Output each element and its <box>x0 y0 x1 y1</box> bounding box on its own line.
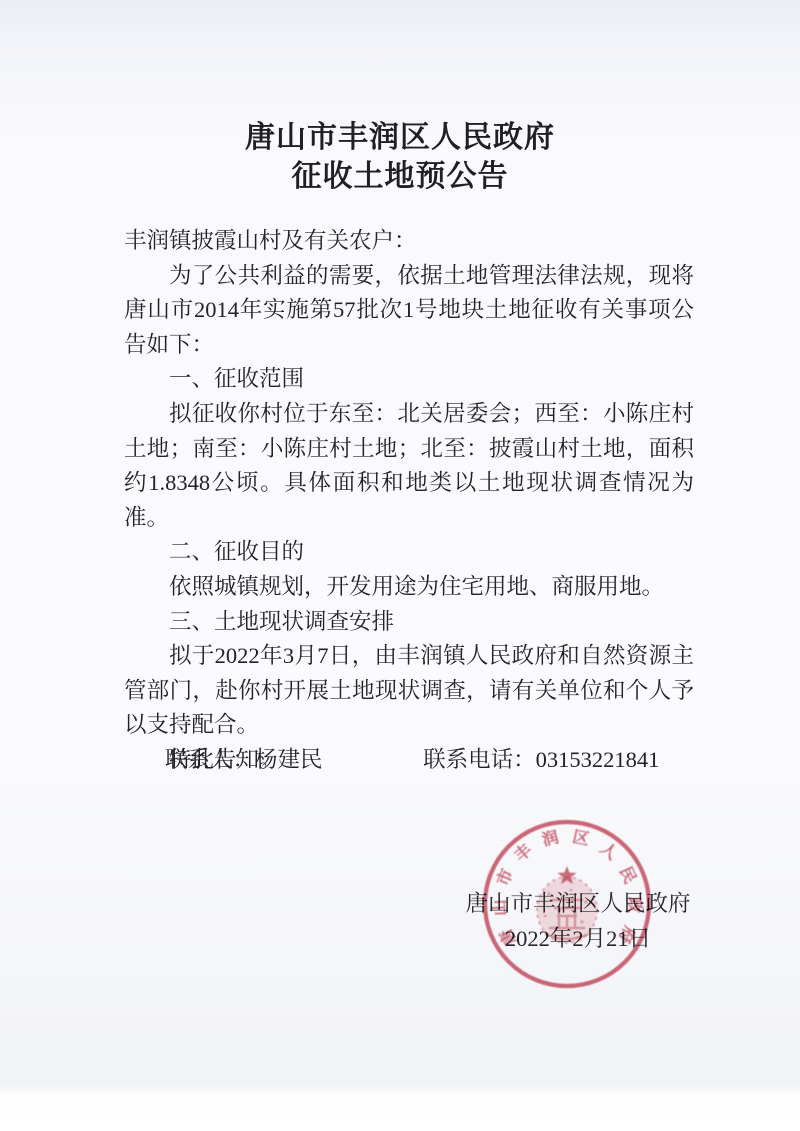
contact-phone-label: 联系电话： <box>423 747 536 772</box>
paragraph-survey: 拟于2022年3月7日，由丰润镇人民政府和自然资源主管部门，赴你村开展土地现状调… <box>124 639 694 743</box>
doc-title-line2: 征收土地预公告 <box>0 157 800 196</box>
contact-person-name: 杨建民 <box>255 747 323 772</box>
paragraph-scope: 拟征收你村位于东至：北关居委会；西至：小陈庄村土地；南至：小陈庄村土地；北至：披… <box>124 397 694 535</box>
salutation: 丰润镇披霞山村及有关农户： <box>124 224 694 259</box>
paragraph-intro: 为了公共利益的需要，依据土地管理法律法规，现将唐山市2014年实施第57批次1号… <box>124 259 694 363</box>
paragraph-purpose: 依照城镇规划，开发用途为住宅用地、商服用地。 <box>124 570 694 605</box>
contact-phone-number: 03153221841 <box>536 747 660 772</box>
doc-title-line1: 唐山市丰润区人民政府 <box>0 118 800 157</box>
section-heading-3: 三、土地现状调查安排 <box>124 605 694 640</box>
contact-person-label: 联系人： <box>165 747 255 772</box>
seal-emblem-icon <box>537 866 597 943</box>
section-heading-2: 二、征收目的 <box>124 535 694 570</box>
doc-body: 丰润镇披霞山村及有关农户： 为了公共利益的需要，依据土地管理法律法规，现将唐山市… <box>124 224 694 778</box>
section-heading-1: 一、征收范围 <box>124 362 694 397</box>
contact-row: 联系人：杨建民 联系电话：03153221841 <box>165 745 685 775</box>
official-seal-icon: 唐山市丰润区人民政府 <box>479 816 655 992</box>
document-page: 唐山市丰润区人民政府 征收土地预公告 丰润镇披霞山村及有关农户： 为了公共利益的… <box>0 0 800 1131</box>
